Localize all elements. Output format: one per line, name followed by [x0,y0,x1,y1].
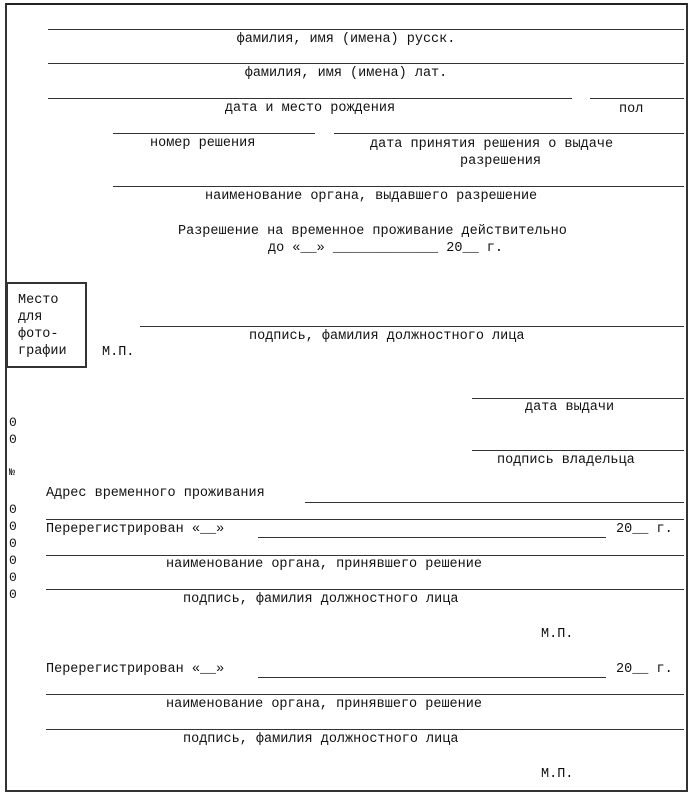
margin-mark: 0 [9,502,17,518]
surname-name-lat-field[interactable] [48,63,684,64]
surname-name-rus-field[interactable] [48,29,684,30]
sex-label: пол [619,102,643,118]
birth-date-place-label: дата и место рождения [150,101,470,117]
margin-mark: 0 [9,570,17,586]
decision-date-field[interactable] [334,133,684,134]
issuing-authority-label: наименование органа, выдавшего разрешени… [205,189,537,205]
margin-mark: 0 [9,432,17,448]
reregistration-1-authority-field[interactable] [46,555,684,556]
reregistration-1-signature-label: подпись, фамилия должностного лица [183,592,458,608]
decision-number-field[interactable] [113,133,315,134]
decision-date-label-2: разрешения [460,154,541,170]
reregistration-close-quote: » [216,522,224,537]
decision-date-label: дата принятия решения о выдаче [370,137,613,153]
year-suffix: г. [657,662,673,677]
validity-year-blank[interactable]: __ [462,241,478,256]
reregistration-1-stamp: М.П. [541,627,573,643]
margin-mark: 0 [9,415,17,431]
surname-name-lat-label: фамилия, имя (имена) лат. [48,66,644,82]
address-label: Адрес временного проживания [46,486,265,502]
reregistration-label: Перерегистрирован « [46,662,200,677]
official-signature-field[interactable] [140,326,684,327]
validity-year-prefix: 20 [446,241,462,256]
sex-field[interactable] [590,98,684,99]
decision-number-label: номер решения [150,136,255,152]
stamp-label: М.П. [102,345,134,361]
surname-name-rus-label: фамилия, имя (имена) русск. [48,32,644,48]
margin-mark-number-sign: № [9,466,15,482]
photo-label-line: для [18,309,85,326]
reregistration-close-quote: » [216,662,224,677]
reregistration-2-authority-field[interactable] [46,694,684,695]
reregistration-2-year: 20__ г. [616,662,673,678]
photo-label-line: графии [18,343,85,360]
reregistration-2-stamp: М.П. [541,767,573,783]
issuing-authority-field[interactable] [113,186,684,187]
issue-date-field[interactable] [472,398,684,399]
holder-signature-field[interactable] [472,450,684,451]
margin-mark: 0 [9,553,17,569]
reregistration-1-month-field[interactable] [258,537,606,538]
margin-mark: 0 [9,519,17,535]
reregistration-1-authority-label: наименование органа, принявшего решение [166,557,482,573]
year-blank[interactable]: __ [632,522,648,537]
holder-signature-label: подпись владельца [497,453,635,469]
year-prefix: 20 [616,662,632,677]
year-suffix: г. [657,522,673,537]
validity-date: до «__» _____________ 20__ г. [268,241,503,257]
photo-label-line: фото- [18,326,85,343]
validity-text: Разрешение на временное проживание дейст… [178,224,567,240]
reregistration-1-year: 20__ г. [616,522,673,538]
photo-placeholder: Место для фото- графии [6,282,87,368]
reregistration-2-signature-label: подпись, фамилия должностного лица [183,732,458,748]
birth-date-place-field[interactable] [48,98,572,99]
reregistration-1-label: Перерегистрирован «__» [46,522,224,538]
validity-close-quote: » [317,241,325,256]
margin-mark: 0 [9,587,17,603]
year-prefix: 20 [616,522,632,537]
address-field-line-2[interactable] [46,519,684,520]
validity-month-blank[interactable]: _____________ [333,241,438,256]
year-blank[interactable]: __ [632,662,648,677]
reregistration-day-blank[interactable]: __ [200,522,216,537]
address-field[interactable] [305,502,684,503]
reregistration-label: Перерегистрирован « [46,522,200,537]
reregistration-2-authority-label: наименование органа, принявшего решение [166,697,482,713]
validity-year-suffix: г. [487,241,503,256]
validity-day-blank[interactable]: __ [300,241,316,256]
reregistration-2-signature-field[interactable] [46,729,684,730]
margin-mark: 0 [9,536,17,552]
validity-prefix: до « [268,241,300,256]
reregistration-day-blank[interactable]: __ [200,662,216,677]
official-signature-label: подпись, фамилия должностного лица [249,329,524,345]
photo-label-line: Место [18,292,85,309]
issue-date-label: дата выдачи [525,400,614,416]
reregistration-2-month-field[interactable] [258,677,606,678]
reregistration-2-label: Перерегистрирован «__» [46,662,224,678]
reregistration-1-signature-field[interactable] [46,589,684,590]
